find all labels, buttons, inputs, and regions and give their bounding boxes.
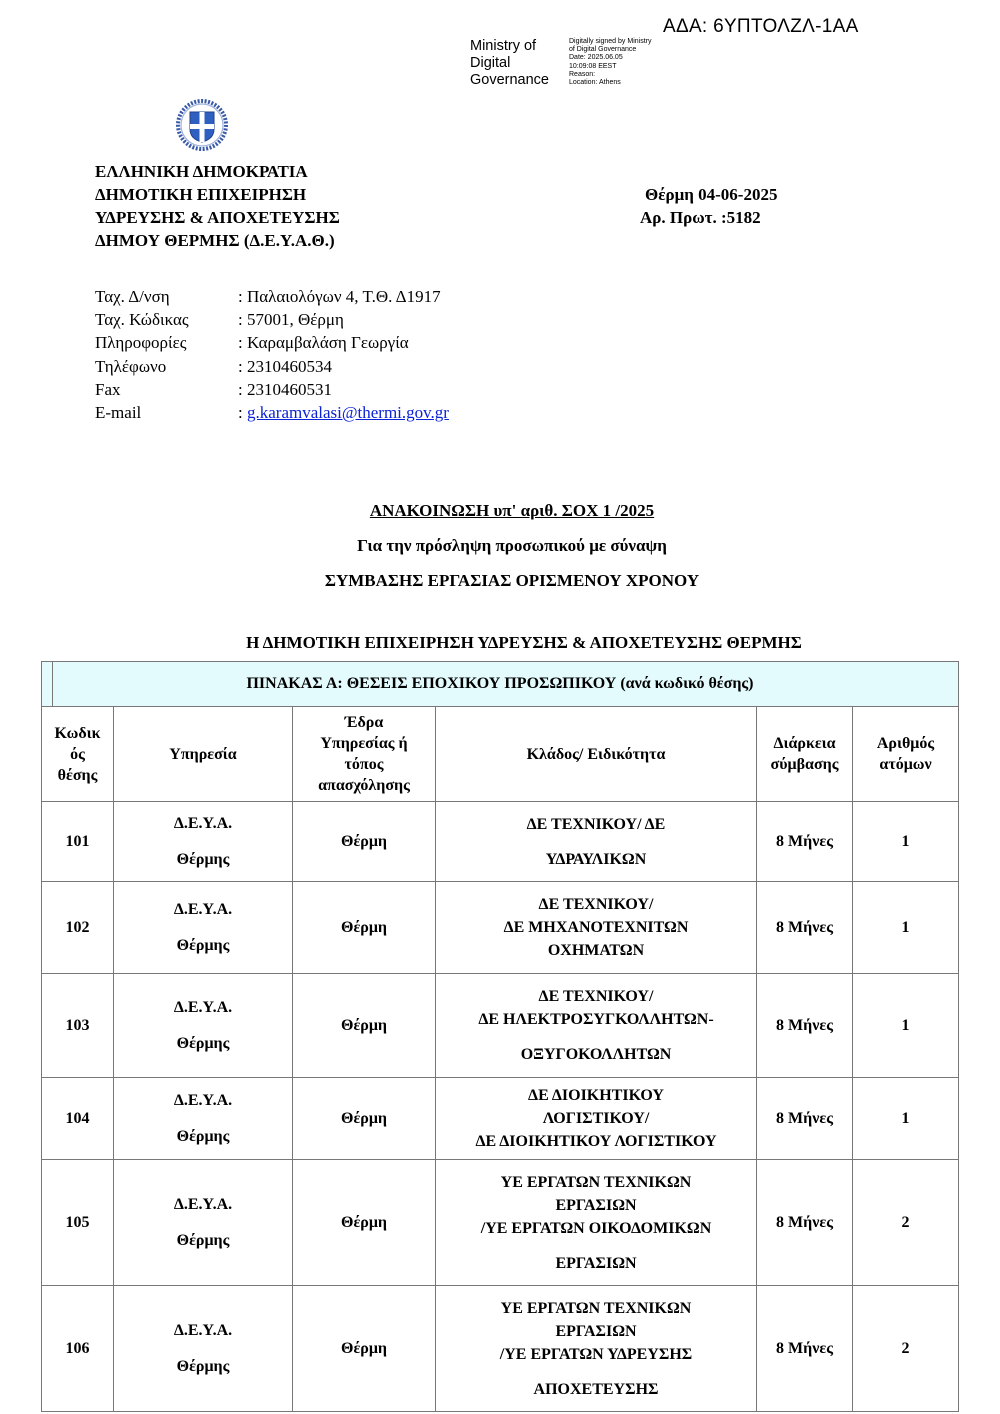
table-row: 103Δ.Ε.Υ.Α.ΘέρμηςΘέρμηΔΕ ΤΕΧΝΙΚΟΥ/ΔΕ ΗΛΕ… (42, 974, 959, 1078)
cell-count: 1 (853, 882, 959, 974)
cell-duration: 8 Μήνες (757, 882, 853, 974)
contact-row-phone: Τηλέφωνο : 2310460534 (95, 355, 449, 378)
cell-specialty: ΥΕ ΕΡΓΑΤΩΝ ΤΕΧΝΙΚΩΝΕΡΓΑΣΙΩΝ/ΥΕ ΕΡΓΑΤΩΝ Υ… (436, 1286, 757, 1412)
positions-table: ΠΙΝΑΚΑΣ Α: ΘΕΣΕΙΣ ΕΠΟΧΙΚΟΥ ΠΡΟΣΩΠΙΚΟΥ (α… (41, 661, 959, 1412)
cell-duration: 8 Μήνες (757, 974, 853, 1078)
table-title: ΠΙΝΑΚΑΣ Α: ΘΕΣΕΙΣ ΕΠΟΧΙΚΟΥ ΠΡΟΣΩΠΙΚΟΥ (α… (42, 662, 959, 707)
cell-count: 1 (853, 974, 959, 1078)
cell-specialty: ΔΕ ΤΕΧΝΙΚΟΥ/ΔΕ ΜΗΧΑΝΟΤΕΧΝΙΤΩΝΟΧΗΜΑΤΩΝ (436, 882, 757, 974)
contact-row-info: Πληροφορίες : Καραμβαλάση Γεωργία (95, 331, 449, 354)
announcement-contract-type: ΣΥΜΒΑΣΗΣ ΕΡΓΑΣΙΑΣ ΟΡΙΣΜΕΝΟΥ ΧΡΟΝΟΥ (0, 563, 1000, 598)
organization-name: ΕΛΛΗΝΙΚΗ ΔΗΜΟΚΡΑΤΙΑ ΔΗΜΟΤΙΚΗ ΕΠΙΧΕΙΡΗΣΗ … (95, 160, 340, 252)
cell-specialty: ΥΕ ΕΡΓΑΤΩΝ ΤΕΧΝΙΚΩΝΕΡΓΑΣΙΩΝ/ΥΕ ΕΡΓΑΤΩΝ Ο… (436, 1160, 757, 1286)
email-link[interactable]: g.karamvalasi@thermi.gov.gr (247, 403, 449, 422)
cell-code: 102 (42, 882, 114, 974)
ada-code: ΑΔΑ: 6ΥΠΤΟΛΖΛ-1ΑΑ (663, 16, 859, 38)
signing-authority: Ministry of Digital Governance (470, 38, 549, 89)
cell-location: Θέρμη (293, 802, 436, 882)
announcement-subtitle: Για την πρόσληψη προσωπικού με σύναψη (0, 528, 1000, 563)
table-row: 101Δ.Ε.Υ.Α.ΘέρμηςΘέρμηΔΕ ΤΕΧΝΙΚΟΥ/ ΔΕΥΔΡ… (42, 802, 959, 882)
document-date: Θέρμη 04-06-2025 (640, 183, 777, 206)
cell-code: 105 (42, 1160, 114, 1286)
cell-code: 104 (42, 1078, 114, 1160)
cell-service: Δ.Ε.Υ.Α.Θέρμης (114, 1286, 293, 1412)
table-row: 102Δ.Ε.Υ.Α.ΘέρμηςΘέρμηΔΕ ΤΕΧΝΙΚΟΥ/ΔΕ ΜΗΧ… (42, 882, 959, 974)
protocol-number: Αρ. Πρωτ. :5182 (640, 206, 777, 229)
contact-row-fax: Fax : 2310460531 (95, 378, 449, 401)
date-protocol: Θέρμη 04-06-2025 Αρ. Πρωτ. :5182 (640, 183, 777, 229)
signature-details: Digitally signed by Ministry of Digital … (569, 38, 651, 87)
announcement-heading: ΑΝΑΚΟΙΝΩΣΗ υπ' αριθ. ΣΟΧ 1 /2025 Για την… (0, 493, 1000, 598)
cell-count: 2 (853, 1286, 959, 1412)
cell-service: Δ.Ε.Υ.Α.Θέρμης (114, 1078, 293, 1160)
table-row: 105Δ.Ε.Υ.Α.ΘέρμηςΘέρμηΥΕ ΕΡΓΑΤΩΝ ΤΕΧΝΙΚΩ… (42, 1160, 959, 1286)
header-service: Υπηρεσία (114, 707, 293, 802)
table-row: 104Δ.Ε.Υ.Α.ΘέρμηςΘέρμηΔΕ ΔΙΟΙΚΗΤΙΚΟΥΛΟΓΙ… (42, 1078, 959, 1160)
cell-location: Θέρμη (293, 974, 436, 1078)
greek-coat-of-arms-icon (176, 99, 228, 151)
cell-duration: 8 Μήνες (757, 1286, 853, 1412)
cell-location: Θέρμη (293, 1078, 436, 1160)
cell-location: Θέρμη (293, 882, 436, 974)
contact-row-email: E-mail : g.karamvalasi@thermi.gov.gr (95, 401, 449, 424)
cell-count: 1 (853, 1078, 959, 1160)
table-subheading: Η ΔΗΜΟΤΙΚΗ ΕΠΙΧΕΙΡΗΣΗ ΥΔΡΕΥΣΗΣ & ΑΠΟΧΕΤΕ… (0, 633, 1000, 653)
cell-service: Δ.Ε.Υ.Α.Θέρμης (114, 1160, 293, 1286)
table-title-row: ΠΙΝΑΚΑΣ Α: ΘΕΣΕΙΣ ΕΠΟΧΙΚΟΥ ΠΡΟΣΩΠΙΚΟΥ (α… (42, 662, 959, 707)
header-count: Αριθμόςατόμων (853, 707, 959, 802)
cell-specialty: ΔΕ ΤΕΧΝΙΚΟΥ/ΔΕ ΗΛΕΚΤΡΟΣΥΓΚΟΛΛΗΤΩΝ-ΟΞΥΓΟΚ… (436, 974, 757, 1078)
cell-duration: 8 Μήνες (757, 1078, 853, 1160)
table-header-row: ΚωδικόςθέσηςΥπηρεσίαΈδραΥπηρεσίας ήτόπος… (42, 707, 959, 802)
contact-row-postal-code: Ταχ. Κώδικας : 57001, Θέρμη (95, 308, 449, 331)
cell-code: 103 (42, 974, 114, 1078)
cell-specialty: ΔΕ ΤΕΧΝΙΚΟΥ/ ΔΕΥΔΡΑΥΛΙΚΩΝ (436, 802, 757, 882)
cell-specialty: ΔΕ ΔΙΟΙΚΗΤΙΚΟΥΛΟΓΙΣΤΙΚΟΥ/ΔΕ ΔΙΟΙΚΗΤΙΚΟΥ … (436, 1078, 757, 1160)
cell-count: 1 (853, 802, 959, 882)
cell-service: Δ.Ε.Υ.Α.Θέρμης (114, 882, 293, 974)
table-row: 106Δ.Ε.Υ.Α.ΘέρμηςΘέρμηΥΕ ΕΡΓΑΤΩΝ ΤΕΧΝΙΚΩ… (42, 1286, 959, 1412)
header-specialty: Κλάδος/ Ειδικότητα (436, 707, 757, 802)
header-duration: Διάρκειασύμβασης (757, 707, 853, 802)
announcement-title: ΑΝΑΚΟΙΝΩΣΗ υπ' αριθ. ΣΟΧ 1 /2025 (0, 493, 1000, 528)
header-location: ΈδραΥπηρεσίας ήτόποςαπασχόλησης (293, 707, 436, 802)
cell-duration: 8 Μήνες (757, 802, 853, 882)
cell-code: 101 (42, 802, 114, 882)
cell-service: Δ.Ε.Υ.Α.Θέρμης (114, 802, 293, 882)
cell-service: Δ.Ε.Υ.Α.Θέρμης (114, 974, 293, 1078)
header-code: Κωδικόςθέσης (42, 707, 114, 802)
cell-location: Θέρμη (293, 1160, 436, 1286)
contact-details: Ταχ. Δ/νση : Παλαιολόγων 4, Τ.Θ. Δ1917 Τ… (95, 285, 449, 424)
contact-row-address: Ταχ. Δ/νση : Παλαιολόγων 4, Τ.Θ. Δ1917 (95, 285, 449, 308)
cell-code: 106 (42, 1286, 114, 1412)
cell-count: 2 (853, 1160, 959, 1286)
cell-location: Θέρμη (293, 1286, 436, 1412)
cell-duration: 8 Μήνες (757, 1160, 853, 1286)
